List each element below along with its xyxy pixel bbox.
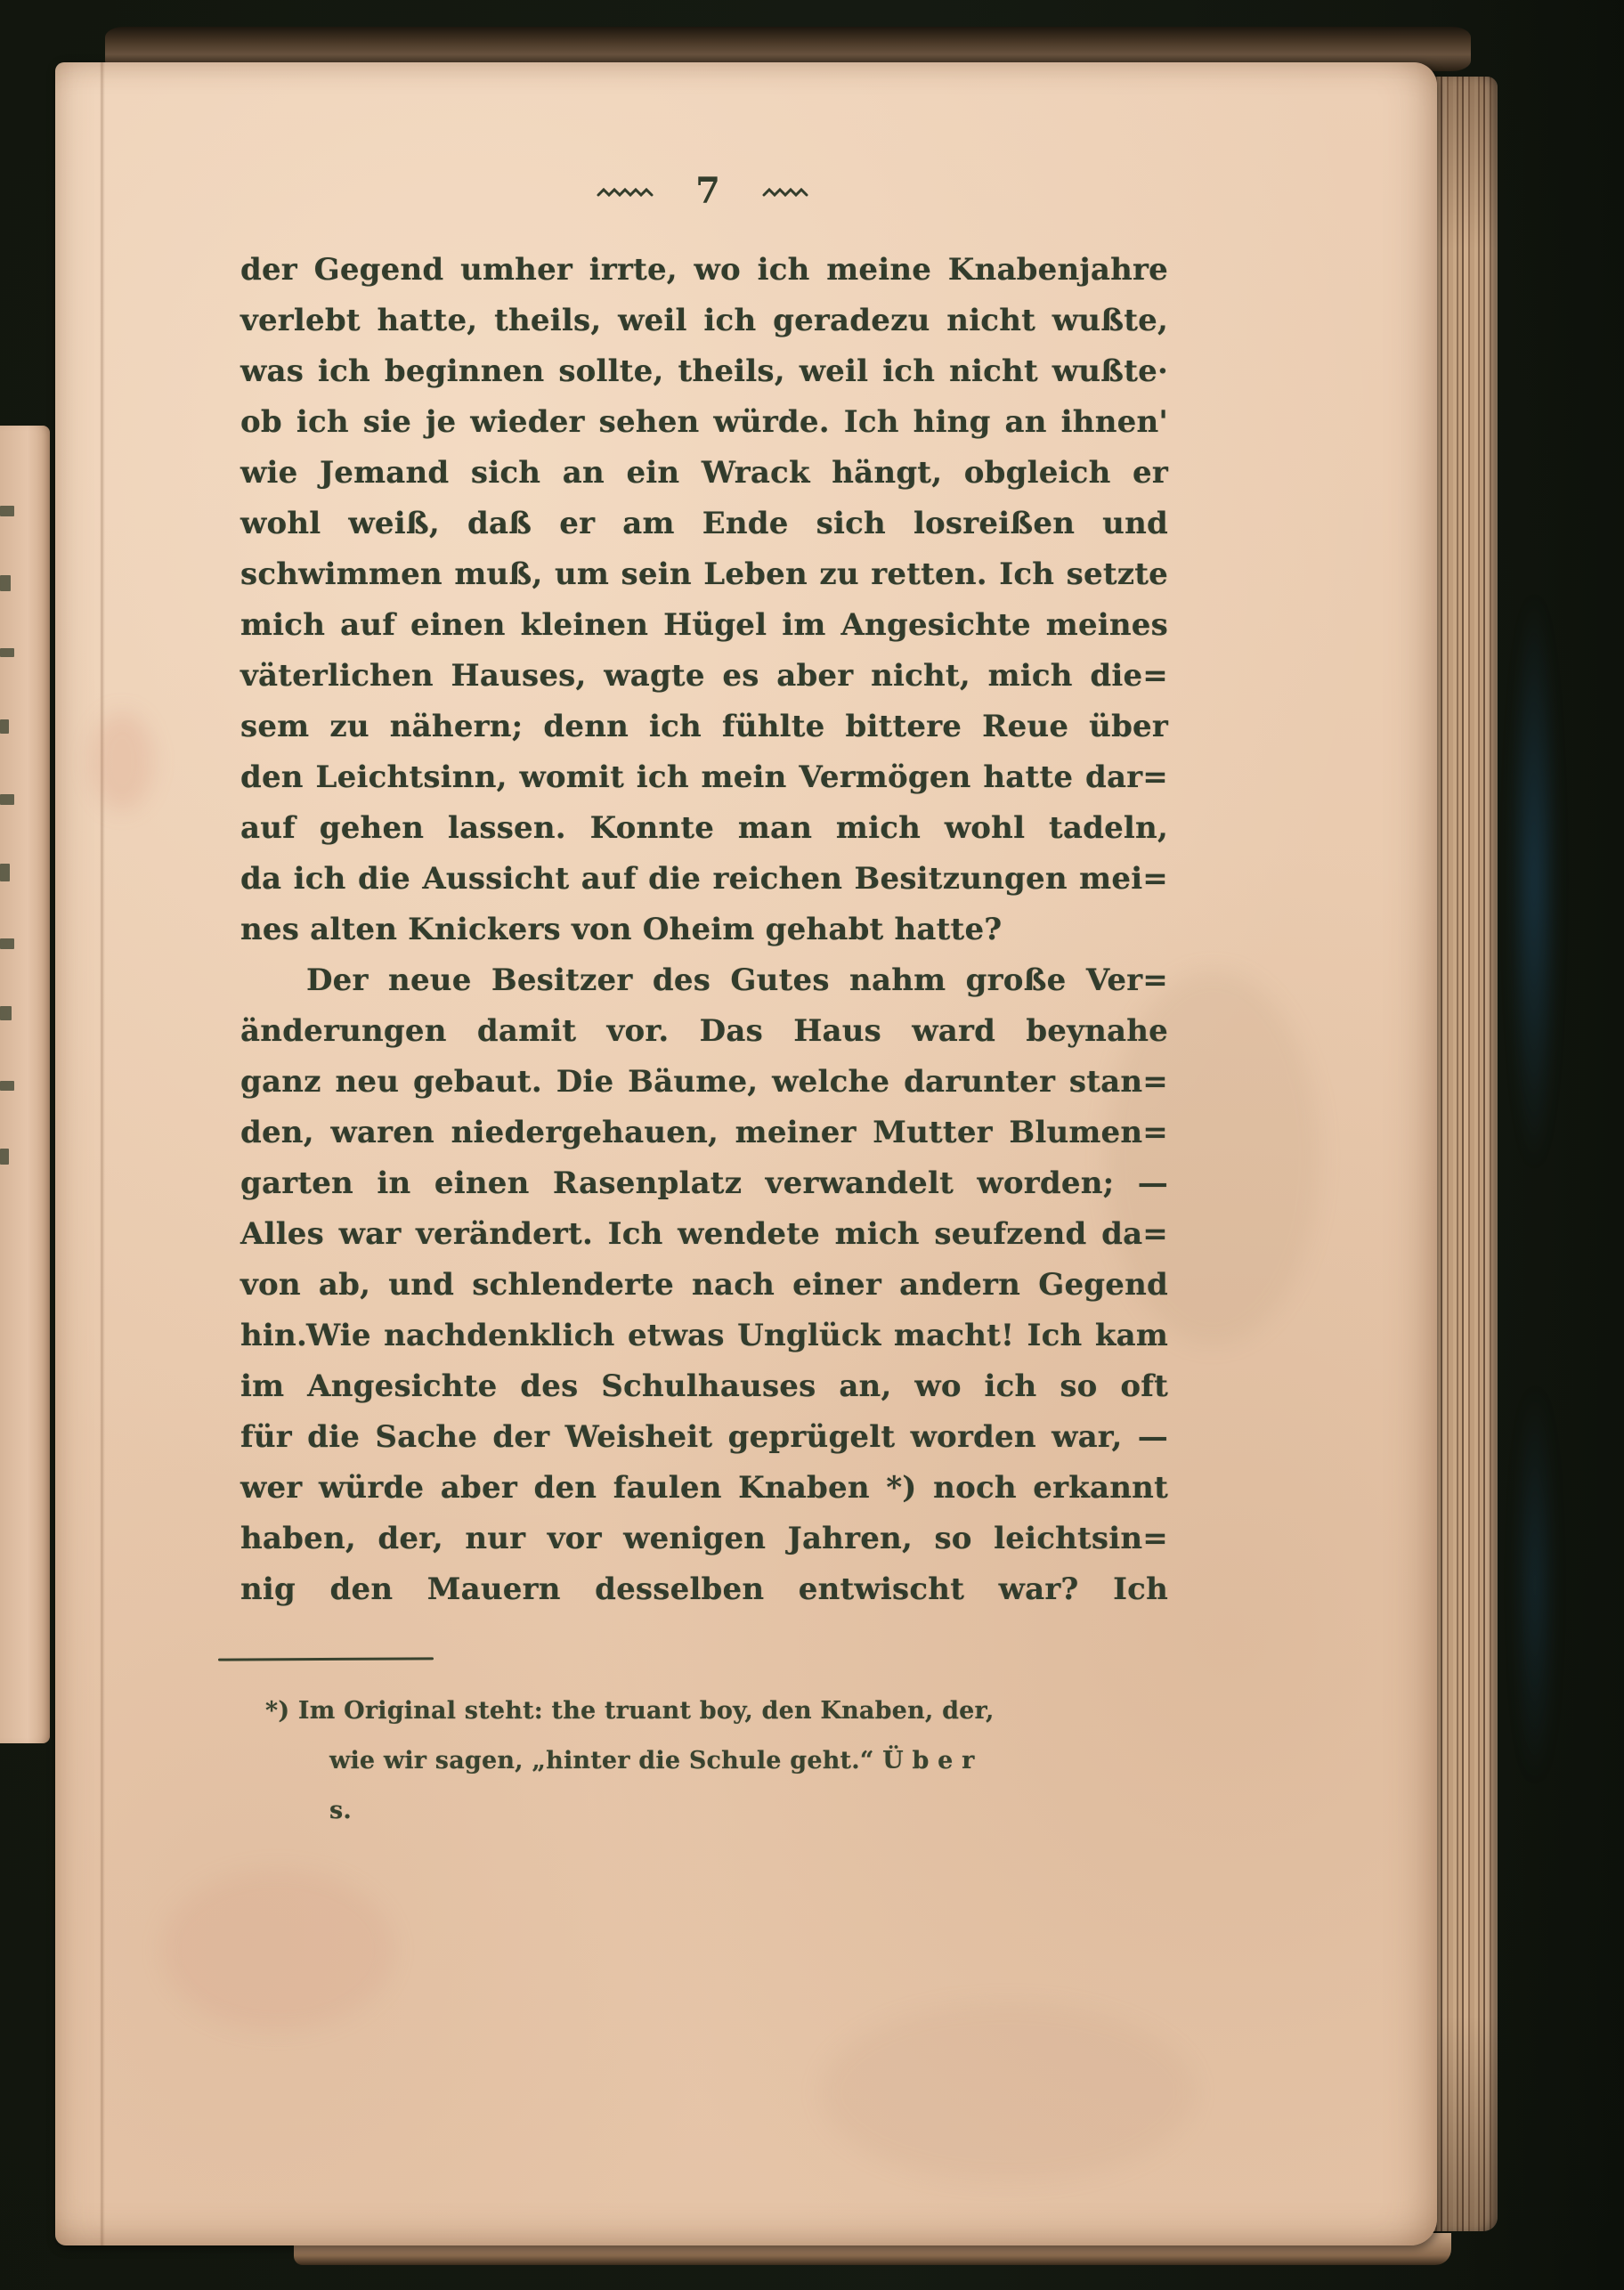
paper-stain [821, 2003, 1195, 2181]
text-line: von ab, und schlenderte nach einer ander… [240, 1260, 1168, 1311]
text-line: der Gegend umher irrte, wo ich meine Kna… [240, 245, 1168, 296]
book-page: 7 der Gegend umher irrte, wo ich meine K… [55, 62, 1437, 2245]
text-line: sem zu nähern; denn ich fühlte bittere R… [240, 702, 1168, 752]
text-line: wie Jemand sich an ein Wrack hängt, obgl… [240, 448, 1168, 499]
text-line: ganz neu gebaut. Die Bäume, welche darun… [240, 1057, 1168, 1108]
text-line: nes alten Knickers von Oheim gehabt hatt… [240, 905, 1168, 955]
book-scan: 7 der Gegend umher irrte, wo ich meine K… [0, 0, 1624, 2290]
text-line: da ich die Aussicht auf die reichen Besi… [240, 854, 1168, 905]
text-line: änderungen damit vor. Das Haus ward beyn… [240, 1006, 1168, 1057]
paper-stain [91, 712, 153, 810]
text-line: den Leichtsinn, womit ich mein Vermögen … [240, 752, 1168, 803]
cover-marbling [1506, 1300, 1563, 1870]
text-line: verlebt hatte, theils, weil ich geradezu… [240, 296, 1168, 346]
page-crease [100, 62, 105, 2245]
page-stack-fore-edge [1432, 77, 1498, 2231]
clipped-text-fragment [0, 1006, 12, 1020]
adjacent-page-sliver [0, 426, 50, 1743]
text-line: garten in einen Rasenplatz verwandelt wo… [240, 1158, 1168, 1209]
footnote-line: *) Im Original steht: the truant boy, de… [265, 1686, 995, 1736]
clipped-text-fragment [0, 506, 14, 516]
footnote: *) Im Original steht: the truant boy, de… [265, 1686, 995, 1836]
text-line: Der neue Besitzer des Gutes nahm große V… [240, 955, 1168, 1006]
text-line: väterlichen Hauses, wagte es aber nicht,… [240, 651, 1168, 702]
text-line: den, waren niedergehauen, meiner Mutter … [240, 1108, 1168, 1158]
text-line: wohl weiß, daß er am Ende sich losreißen… [240, 499, 1168, 549]
clipped-text-fragment [0, 794, 14, 805]
body-text: der Gegend umher irrte, wo ich meine Kna… [240, 245, 1168, 1615]
text-line: was ich beginnen sollte, theils, weil ic… [240, 346, 1168, 397]
cover-marbling [1499, 481, 1569, 1282]
text-line: ob ich sie je wieder sehen würde. Ich hi… [240, 397, 1168, 448]
text-line: schwimmen muß, um sein Leben zu retten. … [240, 549, 1168, 600]
clipped-text-fragment [0, 719, 9, 734]
clipped-text-fragment [0, 938, 14, 949]
clipped-text-fragment [0, 1149, 9, 1165]
footnote-line: wie wir sagen, „hinter die Schule geht.“… [265, 1736, 995, 1836]
text-line: nig den Mauern desselben entwischt war? … [240, 1564, 1168, 1615]
footnote-rule [218, 1657, 434, 1661]
text-line: Wie nachdenklich etwas Unglück macht! Ic… [240, 1311, 1168, 1361]
squiggle-ornament-icon [761, 185, 813, 199]
text-line: Alles war verändert. Ich wendete mich se… [240, 1209, 1168, 1260]
text-line: auf gehen lassen. Konnte man mich wohl t… [240, 803, 1168, 854]
text-line: für die Sache der Weisheit geprügelt wor… [240, 1412, 1168, 1463]
squiggle-ornament-icon [596, 185, 654, 199]
clipped-text-fragment [0, 1081, 14, 1091]
text-line: im Angesichte des Schulhauses an, wo ich… [240, 1361, 1168, 1412]
text-line: wer würde aber den faulen Knaben *) noch… [240, 1463, 1168, 1514]
clipped-text-fragment [0, 575, 11, 591]
text-line: mich auf einen kleinen Hügel im Angesich… [240, 600, 1168, 651]
page-number: 7 [695, 170, 720, 212]
text-line: haben, der, nur vor wenigen Jahren, so l… [240, 1514, 1168, 1564]
clipped-text-fragment [0, 864, 10, 881]
paper-stain [162, 1870, 394, 2030]
clipped-text-fragment [0, 648, 14, 657]
page-header: 7 [240, 166, 1168, 219]
